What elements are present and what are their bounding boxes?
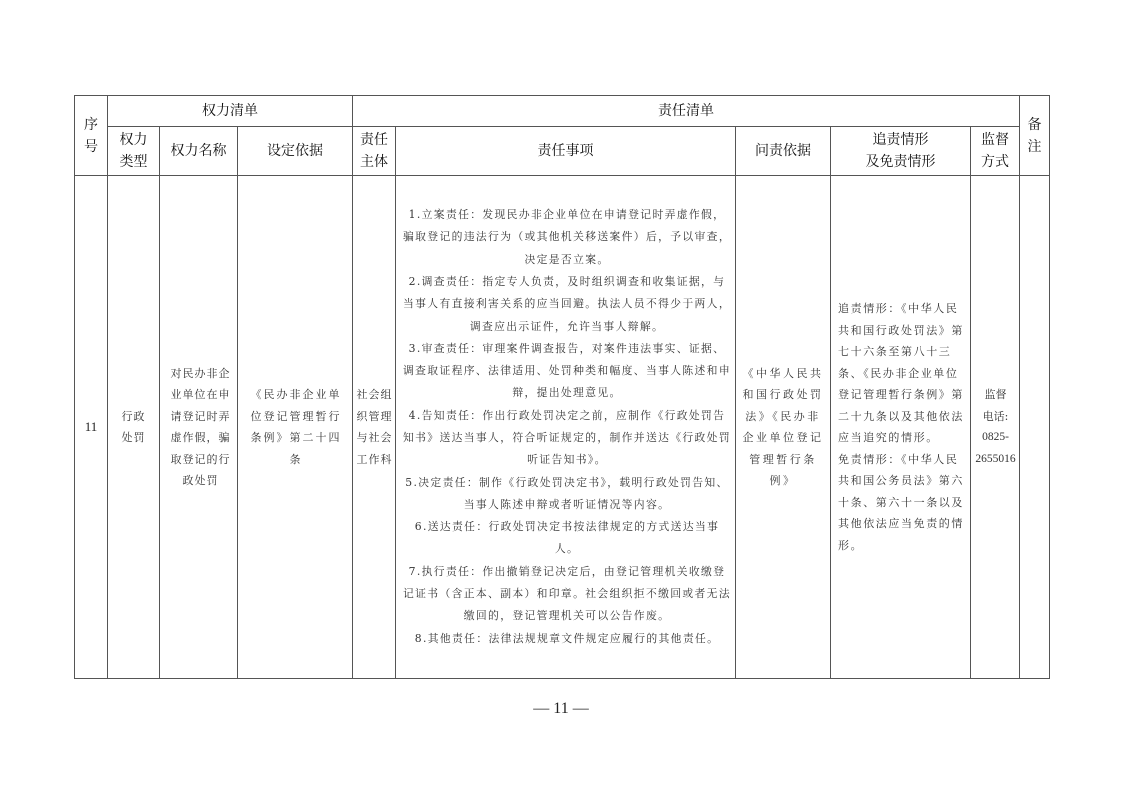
header-responsibility-list: 责任清单 bbox=[353, 96, 1020, 127]
row-power-type-text: 行政处罚 bbox=[121, 406, 147, 449]
row-power-name: 对民办非企业单位在申请登记时弄虚作假，骗取登记的行政处罚 bbox=[160, 176, 238, 679]
header-legal-basis: 设定依据 bbox=[238, 127, 353, 176]
supervision-line: 电话: bbox=[974, 406, 1017, 428]
row-power-type: 行政处罚 bbox=[108, 176, 160, 679]
supervision-line: 监督 bbox=[974, 384, 1017, 406]
header-accountability-basis: 问责依据 bbox=[736, 127, 831, 176]
header-responsible-body: 责任主体 bbox=[353, 127, 396, 176]
responsibility-item: 1.立案责任：发现民办非企业单位在申请登记时弄虚作假，骗取登记的违法行为（或其他… bbox=[403, 204, 731, 271]
header-seq: 序号 bbox=[75, 96, 108, 176]
header-accountability-line1: 追责情形 bbox=[831, 129, 970, 151]
row-legal-basis: 《民办非企业单位登记管理暂行条例》第二十四条 bbox=[238, 176, 353, 679]
supervision-phone-number: 2655016 bbox=[974, 449, 1017, 471]
header-seq-label: 序号 bbox=[83, 114, 99, 158]
header-remarks-label: 备注 bbox=[1027, 114, 1043, 158]
header-supervision: 监督方式 bbox=[971, 127, 1020, 176]
page-number: — 11 — bbox=[0, 700, 1122, 718]
header-responsible-body-label: 责任主体 bbox=[358, 129, 390, 173]
header-supervision-label: 监督方式 bbox=[979, 129, 1011, 173]
row-accountability-basis: 《中华人民共和国行政处罚法》《民办非企业单位登记管理暂行条例》 bbox=[736, 176, 831, 679]
header-responsibilities: 责任事项 bbox=[396, 127, 736, 176]
row-seq: 11 bbox=[75, 176, 108, 679]
row-responsible-body: 社会组织管理与社会工作科 bbox=[353, 176, 396, 679]
row-accountability-exemption: 追责情形：《中华人民共和国行政处罚法》第七十六条至第八十三条、《民办非企业单位登… bbox=[831, 176, 971, 679]
responsibility-item: 7.执行责任：作出撤销登记决定后，由登记管理机关收缴登记证书（含正本、副本）和印… bbox=[403, 561, 731, 628]
row-responsibilities: 1.立案责任：发现民办非企业单位在申请登记时弄虚作假，骗取登记的违法行为（或其他… bbox=[396, 176, 736, 679]
header-power-list: 权力清单 bbox=[108, 96, 353, 127]
header-power-type-label: 权力类型 bbox=[118, 129, 150, 173]
responsibility-item: 4.告知责任：作出行政处罚决定之前，应制作《行政处罚告知书》送达当事人，符合听证… bbox=[403, 405, 731, 472]
header-power-type: 权力类型 bbox=[108, 127, 160, 176]
responsibility-item: 6.送达责任：行政处罚决定书按法律规定的方式送达当事人。 bbox=[403, 516, 731, 561]
header-remarks: 备注 bbox=[1020, 96, 1050, 176]
header-accountability-exemption: 追责情形 及免责情形 bbox=[831, 127, 971, 176]
accountability-clause: 追责情形：《中华人民共和国行政处罚法》第七十六条至第八十三条、《民办非企业单位登… bbox=[838, 298, 966, 449]
supervision-phone-prefix: 0825- bbox=[974, 427, 1017, 449]
row-supervision: 监督 电话: 0825- 2655016 bbox=[971, 176, 1020, 679]
responsibility-item: 8.其他责任：法律法规规章文件规定应履行的其他责任。 bbox=[403, 628, 731, 650]
responsibility-item: 3.审查责任：审理案件调查报告，对案件违法事实、证据、调查取证程序、法律适用、处… bbox=[403, 338, 731, 405]
power-responsibility-table: 序号 权力清单 责任清单 备注 权力类型 权力名称 设定依据 责任主体 责任事项… bbox=[74, 95, 1050, 679]
table-row: 11 行政处罚 对民办非企业单位在申请登记时弄虚作假，骗取登记的行政处罚 《民办… bbox=[75, 176, 1050, 679]
header-accountability-line2: 及免责情形 bbox=[831, 151, 970, 173]
row-remarks bbox=[1020, 176, 1050, 679]
responsibility-item: 2.调查责任：指定专人负责，及时组织调查和收集证据，与当事人有直接利害关系的应当… bbox=[403, 271, 731, 338]
header-power-name: 权力名称 bbox=[160, 127, 238, 176]
exemption-clause: 免责情形：《中华人民共和国公务员法》第六十条、第六十一条以及其他依法应当免责的情… bbox=[838, 449, 966, 557]
responsibility-item: 5.决定责任：制作《行政处罚决定书》，载明行政处罚告知、当事人陈述申辩或者听证情… bbox=[403, 472, 731, 517]
